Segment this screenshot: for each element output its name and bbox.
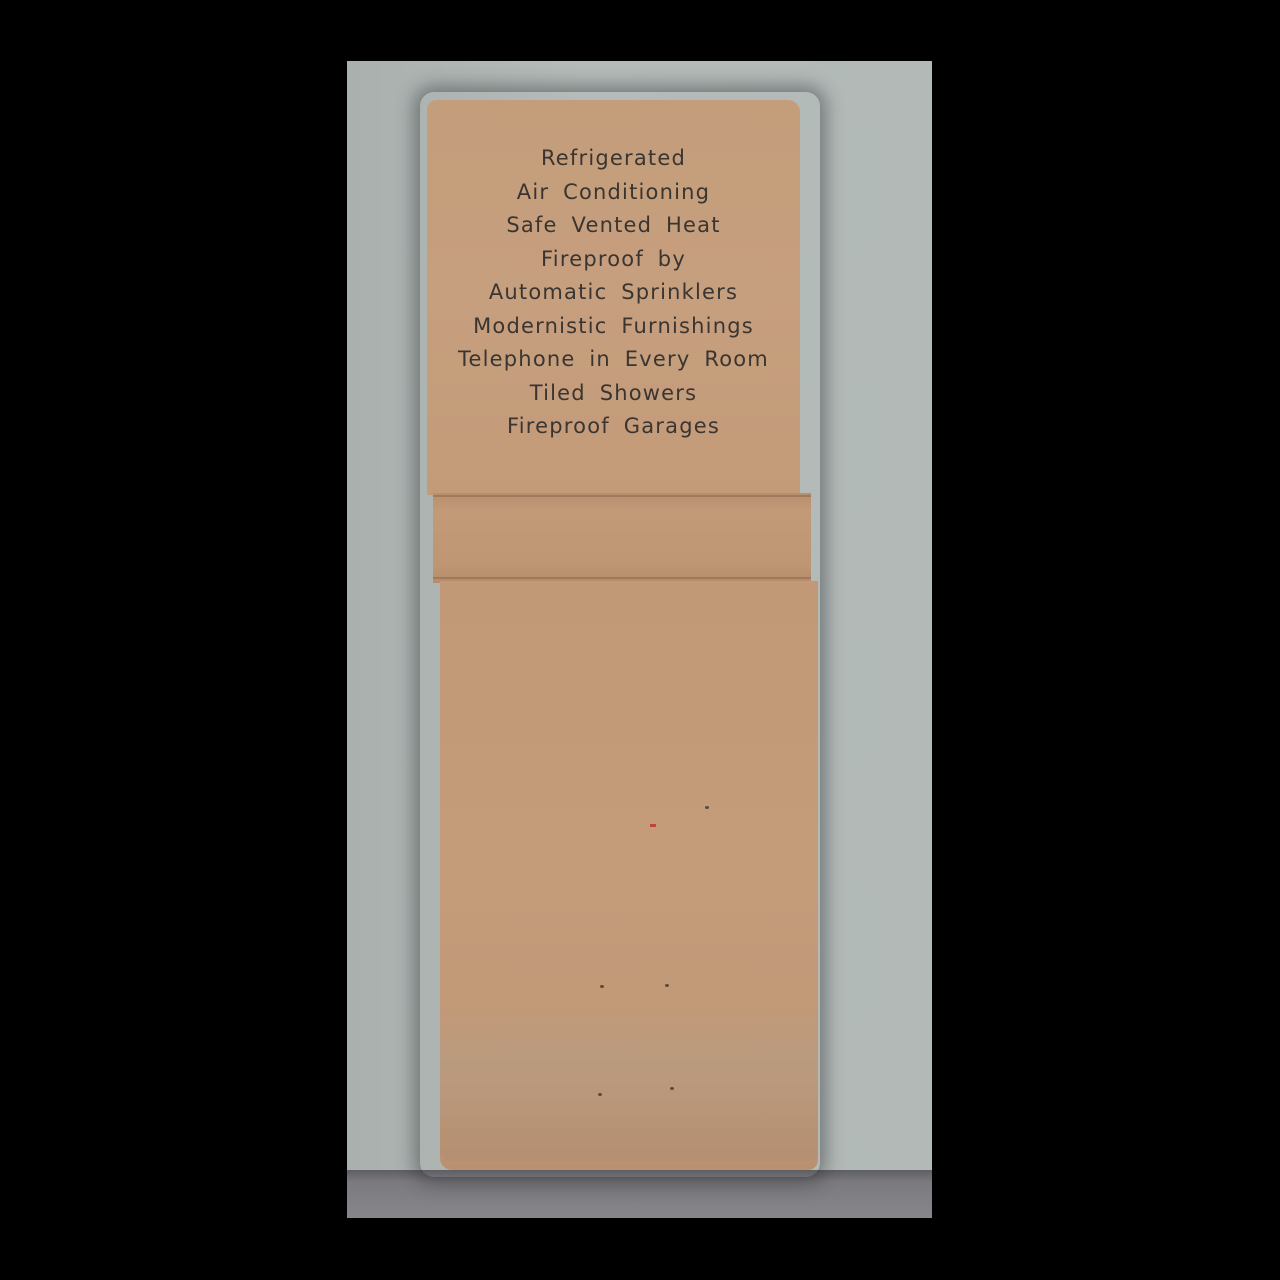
crease-line [433,577,811,579]
staple-hole [598,1093,602,1096]
features-list: Refrigerated Air Conditioning Safe Vente… [427,142,800,444]
cover-bottom-panel [440,581,818,1170]
cover-top-panel: Refrigerated Air Conditioning Safe Vente… [427,100,800,495]
feature-line: Refrigerated [427,142,800,176]
staple-hole [670,1087,674,1090]
feature-line: Fireproof by [427,243,800,277]
striker-strip [440,1011,818,1161]
matchbook-cover: Refrigerated Air Conditioning Safe Vente… [427,100,817,1170]
shelf-edge [347,1170,932,1218]
feature-line: Tiled Showers [427,377,800,411]
feature-line: Telephone in Every Room [427,343,800,377]
feature-line: Automatic Sprinklers [427,276,800,310]
fold-crease [433,493,811,583]
speck [705,806,709,809]
staple-hole [665,984,669,987]
feature-line: Modernistic Furnishings [427,310,800,344]
feature-line: Safe Vented Heat [427,209,800,243]
red-mark [650,824,656,827]
staple-hole [600,985,604,988]
feature-line: Fireproof Garages [427,410,800,444]
crease-line [433,495,811,497]
feature-line: Air Conditioning [427,176,800,210]
